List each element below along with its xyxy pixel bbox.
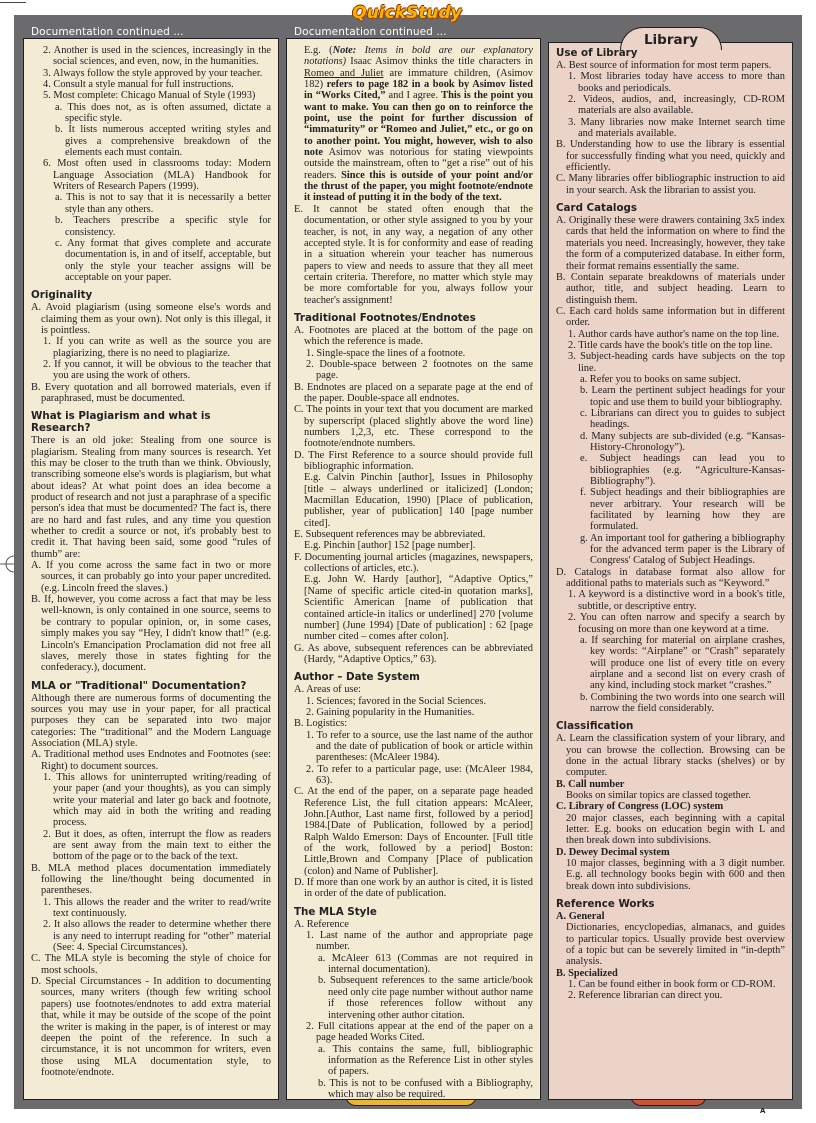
list-item: a. If searching for material on airplane… (556, 635, 785, 692)
list-item: 1. Author cards have author's name on th… (556, 329, 785, 340)
heading-plagiarism-research: What is Plagiarism and what is Research? (31, 410, 271, 434)
list-item: 2. Reference librarian can direct you. (556, 990, 785, 1001)
text-run: E.g. ( (304, 45, 333, 56)
list-item: 6. Most often used in classrooms today: … (31, 158, 271, 192)
corner-rule (0, 2, 26, 3)
list-item: 4. Consult a style manual for full instr… (31, 79, 271, 90)
list-item: 3. Subject-heading cards have subjects o… (556, 351, 785, 374)
list-item: 1. Sciences; favored in the Social Scien… (294, 696, 533, 707)
list-item: B. Every quotation and all borrowed mate… (31, 382, 271, 405)
list-item: 1. To refer to a source, use the last na… (294, 730, 533, 764)
list-item: D. If more than one work by an author is… (294, 877, 533, 900)
list-item: 1. This allows the reader and the writer… (31, 897, 271, 920)
column-1-header: Documentation continued ... (31, 26, 184, 38)
quickstudy-logo: QuickStudy (352, 3, 462, 23)
list-item: 1. Single-space the lines of a footnote. (294, 348, 533, 359)
list-item: 2. Title cards have the book's title on … (556, 340, 785, 351)
heading-footnotes-endnotes: Traditional Footnotes/Endnotes (294, 312, 533, 324)
list-item: 1. Most libraries today have access to m… (556, 71, 785, 94)
list-item: A. Traditional method uses Endnotes and … (31, 749, 271, 772)
list-item: b. Subsequent references to the same art… (294, 975, 533, 1020)
list-item: a. This does not, as is often assumed, d… (31, 102, 271, 125)
list-item: C. Each card holds same information but … (556, 306, 785, 329)
list-item: B. MLA method places documentation immed… (31, 863, 271, 897)
list-item: 3. Many libraries now make Internet sear… (556, 117, 785, 140)
list-item: C. Many libraries offer bibliographic in… (556, 173, 785, 196)
list-item-title: D. Dewey Decimal system (556, 847, 785, 858)
list-item: A. Originally these were drawers contain… (556, 215, 785, 272)
list-item: B. Endnotes are placed on a separate pag… (294, 382, 533, 405)
list-item: C. At the end of the paper, on a separat… (294, 786, 533, 877)
list-item: G. As above, subsequent references can b… (294, 643, 533, 666)
list-item: 1. Last name of the author and appropria… (294, 930, 533, 953)
list-item-body: Dictionaries, encyclopedias, almanacs, a… (556, 922, 785, 967)
list-item: c. Any format that gives complete and ac… (31, 238, 271, 283)
list-item: B. If, however, you come across a fact t… (31, 594, 271, 673)
list-item: b. Teachers prescribe a specific style f… (31, 215, 271, 238)
note-label: Note: (333, 45, 357, 56)
list-item: 2. Double-space between 2 footnotes on t… (294, 359, 533, 382)
list-item-title: B. Specialized (556, 968, 785, 979)
list-item: D. Catalogs in database format also allo… (556, 567, 785, 590)
list-item: A. Avoid plagiarism (using someone else'… (31, 302, 271, 336)
list-item: g. An important tool for gathering a bib… (556, 533, 785, 567)
list-item: D. Special Circumstances - In addition t… (31, 976, 271, 1078)
list-item: B. Logistics: (294, 718, 533, 729)
list-item: 2. If you cannot, it will be obvious to … (31, 359, 271, 382)
list-item: E. Subsequent references may be abbrevia… (294, 529, 533, 540)
text-run: and I agree. (385, 90, 441, 101)
heading-author-date: Author – Date System (294, 671, 533, 683)
example-line: E.g. Pinchin [author] 152 [page number]. (294, 540, 533, 551)
list-item: a. McAleer 613 (Commas are not required … (294, 953, 533, 976)
list-item: 1. If you can write as well as the sourc… (31, 336, 271, 359)
list-item: D. The First Reference to a source shoul… (294, 450, 533, 473)
list-item: 2. Gaining popularity in the Humanities. (294, 707, 533, 718)
list-item: A. Areas of use: (294, 684, 533, 695)
list-item: b. Combining the two words into one sear… (556, 692, 785, 715)
list-item: 1. Can be found either in book form or C… (556, 979, 785, 990)
list-item-body: Books on similar topics are classed toge… (556, 790, 785, 801)
list-item: B. Understanding how to use the library … (556, 139, 785, 173)
heading-mla-or-traditional: MLA or "Traditional" Documentation? (31, 680, 271, 692)
list-item: a. This is not to say that it is necessa… (31, 192, 271, 215)
list-item: B. Contain separate breakdowns of materi… (556, 272, 785, 306)
underlined-title: Romeo and Juliet (304, 68, 384, 79)
column-2-header: Documentation continued ... (294, 26, 447, 38)
list-item: A. Footnotes are placed at the bottom of… (294, 325, 533, 348)
list-item: A. Learn the classification system of yo… (556, 733, 785, 778)
list-item-body: 20 major classes, each beginning with a … (556, 813, 785, 847)
text-run: Isaac Asimov thinks the title characters… (350, 56, 533, 67)
list-item: 1. This allows for uninterrupted writing… (31, 772, 271, 829)
library-panel: Use of Library A. Best source of informa… (548, 42, 793, 1100)
list-item: A. If you come across the same fact in t… (31, 560, 271, 594)
example-line: E.g. John W. Hardy [author], “Adaptive O… (294, 574, 533, 642)
list-item: 2. To refer to a particular page, use: (… (294, 764, 533, 787)
list-item: a. This contains the same, full, bibliog… (294, 1044, 533, 1078)
example-line: E.g. Calvin Pinchin [author], Issues in … (294, 472, 533, 529)
list-item: C. The MLA style is becoming the style o… (31, 953, 271, 976)
list-item: b. This is not to be confused with a Bib… (294, 1078, 533, 1100)
list-item-body: 10 major classes, beginning with a 3 dig… (556, 858, 785, 892)
heading-card-catalogs: Card Catalogs (556, 202, 785, 214)
list-item: 5. Most complete: Chicago Manual of Styl… (31, 90, 271, 101)
paragraph: There is an old joke: Stealing from one … (31, 435, 271, 560)
list-item-title: C. Library of Congress (LOC) system (556, 801, 785, 812)
list-item: E. It cannot be stated often enough that… (294, 204, 533, 306)
documentation-panel-1: 2. Another is used in the sciences, incr… (23, 38, 279, 1100)
page-letter: A (760, 1107, 765, 1115)
registration-mark-icon (0, 553, 14, 575)
list-item: c. Librarians can direct you to guides t… (556, 408, 785, 431)
list-item: 3. Always follow the style approved by y… (31, 68, 271, 79)
list-item: 2. Videos, audios, and, increasingly, CD… (556, 94, 785, 117)
list-item: F. Documenting journal articles (magazin… (294, 552, 533, 575)
list-item: 2. Full citations appear at the end of t… (294, 1021, 533, 1044)
heading-classification: Classification (556, 720, 785, 732)
list-item: e. Subject headings can lead you to bibl… (556, 453, 785, 487)
library-section-tab: Library (620, 27, 722, 50)
list-item: 2. Another is used in the sciences, incr… (31, 45, 271, 68)
heading-originality: Originality (31, 289, 271, 301)
list-item: b. It lists numerous accepted writing st… (31, 124, 271, 158)
list-item-title: A. General (556, 911, 785, 922)
list-item-title: B. Call number (556, 779, 785, 790)
paragraph: Although there are numerous forms of doc… (31, 693, 271, 750)
list-item: b. Learn the pertinent subject headings … (556, 385, 785, 408)
heading-reference-works: Reference Works (556, 898, 785, 910)
list-item: a. Refer you to books on same subject. (556, 374, 785, 385)
list-item: 2. You can often narrow and specify a se… (556, 612, 785, 635)
list-item: A. Reference (294, 919, 533, 930)
heading-mla-style: The MLA Style (294, 906, 533, 918)
list-item: 1. A keyword is a distinctive word in a … (556, 589, 785, 612)
example-paragraph: E.g. (Note: Items in bold are our explan… (294, 45, 533, 204)
list-item: A. Best source of information for most t… (556, 60, 785, 71)
list-item: C. The points in your text that you docu… (294, 404, 533, 449)
documentation-panel-2: E.g. (Note: Items in bold are our explan… (286, 38, 541, 1100)
list-item: f. Subject headings and their bibliograp… (556, 487, 785, 532)
list-item: 2. It also allows the reader to determin… (31, 919, 271, 953)
list-item: 2. But it does, as often, interrupt the … (31, 829, 271, 863)
list-item: d. Many subjects are sub-divided (e.g. “… (556, 431, 785, 454)
